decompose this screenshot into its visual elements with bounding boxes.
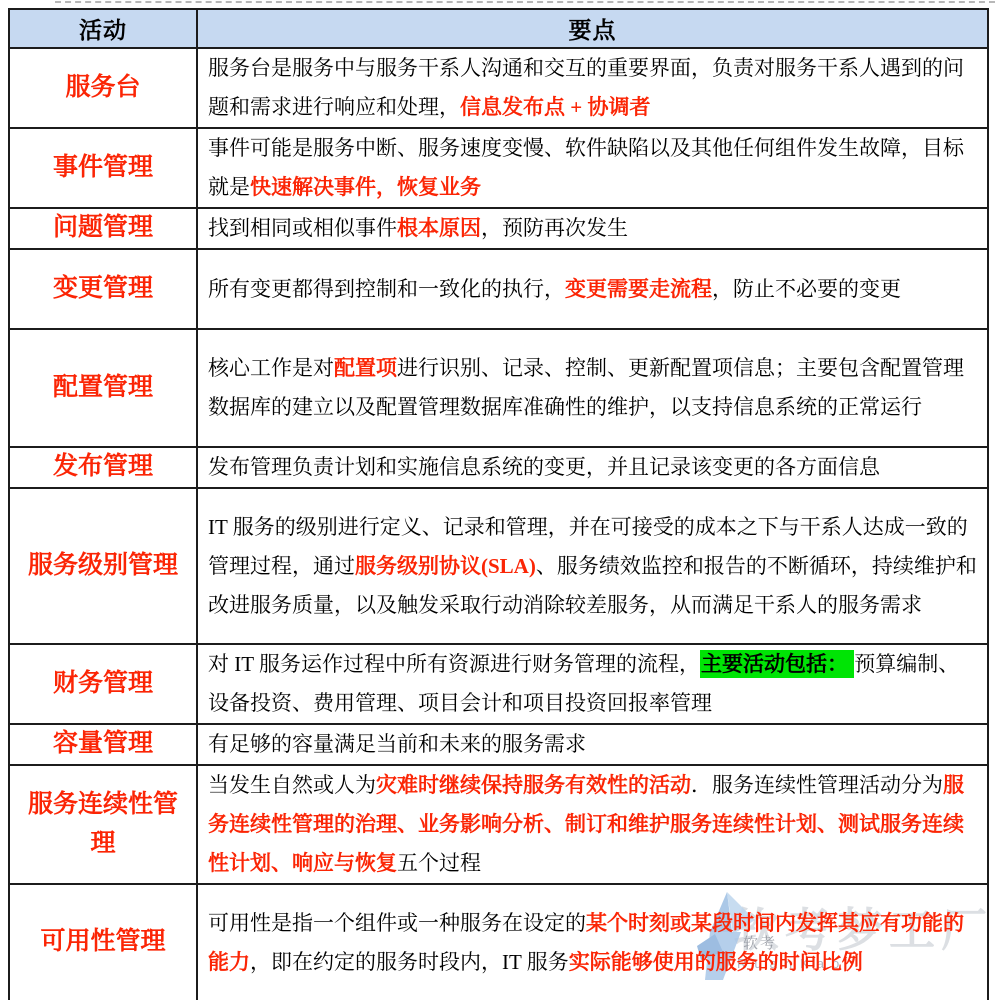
- body-text: 所有变更都得到控制和一致化的执行，: [208, 277, 565, 301]
- emphasis-red-text: 信息发布点 + 协调者: [460, 95, 650, 119]
- emphasis-red-text: 实际能够使用的服务的时间比例: [569, 950, 863, 974]
- activity-cell: 财务管理: [9, 644, 197, 724]
- emphasis-red-text: 灾难时继续保持服务有效性的活动: [376, 773, 691, 797]
- points-cell: 发布管理负责计划和实施信息系统的变更，并且记录该变更的各方面信息: [197, 447, 988, 488]
- points-cell: 所有变更都得到控制和一致化的执行，变更需要走流程，防止不必要的变更: [197, 249, 988, 329]
- emphasis-red-text: 配置项: [334, 356, 397, 380]
- column-header-activity: 活动: [9, 9, 197, 48]
- points-cell: 有足够的容量满足当前和未来的服务需求: [197, 724, 988, 765]
- points-cell: 可用性是指一个组件或一种服务在设定的某个时刻或某段时间内发挥其应有功能的能力，即…: [197, 884, 988, 1000]
- activity-cell: 容量管理: [9, 724, 197, 765]
- table-row: 事件管理事件可能是服务中断、服务速度变慢、软件缺陷以及其他任何组件发生故障，目标…: [9, 128, 988, 208]
- activity-cell: 配置管理: [9, 329, 197, 447]
- body-text: 可用性是指一个组件或一种服务在设定的: [208, 911, 586, 935]
- document-page: { "page": { "top_dashed_rule": true }, "…: [0, 0, 997, 1000]
- table-row: 容量管理有足够的容量满足当前和未来的服务需求: [9, 724, 988, 765]
- points-cell: IT 服务的级别进行定义、记录和管理，并在可接受的成本之下与干系人达成一致的管理…: [197, 488, 988, 644]
- points-cell: 核心工作是对配置项进行识别、记录、控制、更新配置项信息；主要包含配置管理数据库的…: [197, 329, 988, 447]
- highlight-green-text: 主要活动包括：: [700, 650, 854, 678]
- body-text: 找到相同或相似事件: [208, 216, 397, 240]
- points-cell: 对 IT 服务运作过程中所有资源进行财务管理的流程，主要活动包括： 预算编制、设…: [197, 644, 988, 724]
- activity-cell: 发布管理: [9, 447, 197, 488]
- body-text: ，防止不必要的变更: [712, 277, 901, 301]
- body-text: 发布管理负责计划和实施信息系统的变更，并且记录该变更的各方面信息: [208, 455, 880, 479]
- emphasis-red-text: 快速解决事件，恢复业务: [250, 175, 481, 199]
- body-text: 当发生自然或人为: [208, 773, 376, 797]
- body-text: 核心工作是对: [208, 356, 334, 380]
- table-row: 配置管理核心工作是对配置项进行识别、记录、控制、更新配置项信息；主要包含配置管理…: [9, 329, 988, 447]
- points-cell: 当发生自然或人为灾难时继续保持服务有效性的活动．服务连续性管理活动分为服务连续性…: [197, 765, 988, 884]
- column-header-points: 要点: [197, 9, 988, 48]
- table-row: 发布管理发布管理负责计划和实施信息系统的变更，并且记录该变更的各方面信息: [9, 447, 988, 488]
- table-row: 服务连续性管理当发生自然或人为灾难时继续保持服务有效性的活动．服务连续性管理活动…: [9, 765, 988, 884]
- points-cell: 找到相同或相似事件根本原因，预防再次发生: [197, 208, 988, 249]
- body-text: 五个过程: [397, 851, 481, 875]
- table-row: 变更管理所有变更都得到控制和一致化的执行，变更需要走流程，防止不必要的变更: [9, 249, 988, 329]
- table-body: 服务台服务台是服务中与服务干系人沟通和交互的重要界面，负责对服务干系人遇到的问题…: [9, 48, 988, 1000]
- activity-cell: 服务台: [9, 48, 197, 128]
- table-row: 问题管理找到相同或相似事件根本原因，预防再次发生: [9, 208, 988, 249]
- activity-cell: 服务级别管理: [9, 488, 197, 644]
- table-row: 服务台服务台是服务中与服务干系人沟通和交互的重要界面，负责对服务干系人遇到的问题…: [9, 48, 988, 128]
- page-top-dashed-rule: [55, 1, 995, 3]
- emphasis-red-text: 根本原因: [397, 216, 481, 240]
- table-row: 可用性管理可用性是指一个组件或一种服务在设定的某个时刻或某段时间内发挥其应有功能…: [9, 884, 988, 1000]
- table-row: 服务级别管理IT 服务的级别进行定义、记录和管理，并在可接受的成本之下与干系人达…: [9, 488, 988, 644]
- activity-cell: 问题管理: [9, 208, 197, 249]
- activity-cell: 变更管理: [9, 249, 197, 329]
- body-text: ，预防再次发生: [481, 216, 628, 240]
- emphasis-red-text: 变更需要走流程: [565, 277, 712, 301]
- table-row: 财务管理对 IT 服务运作过程中所有资源进行财务管理的流程，主要活动包括： 预算…: [9, 644, 988, 724]
- activity-cell: 可用性管理: [9, 884, 197, 1000]
- body-text: 有足够的容量满足当前和未来的服务需求: [208, 732, 586, 756]
- body-text: 对 IT 服务运作过程中所有资源进行财务管理的流程，: [208, 652, 700, 676]
- emphasis-red-text: 服务级别协议(SLA): [355, 554, 536, 578]
- points-cell: 服务台是服务中与服务干系人沟通和交互的重要界面，负责对服务干系人遇到的问题和需求…: [197, 48, 988, 128]
- activity-cell: 服务连续性管理: [9, 765, 197, 884]
- points-cell: 事件可能是服务中断、服务速度变慢、软件缺陷以及其他任何组件发生故障，目标就是快速…: [197, 128, 988, 208]
- body-text: ．服务连续性管理活动分为: [691, 773, 943, 797]
- activity-cell: 事件管理: [9, 128, 197, 208]
- table-header-row: 活动 要点: [9, 9, 988, 48]
- itsm-activities-table: 活动 要点 服务台服务台是服务中与服务干系人沟通和交互的重要界面，负责对服务干系…: [8, 8, 989, 1000]
- body-text: ，即在约定的服务时段内，IT 服务: [250, 950, 569, 974]
